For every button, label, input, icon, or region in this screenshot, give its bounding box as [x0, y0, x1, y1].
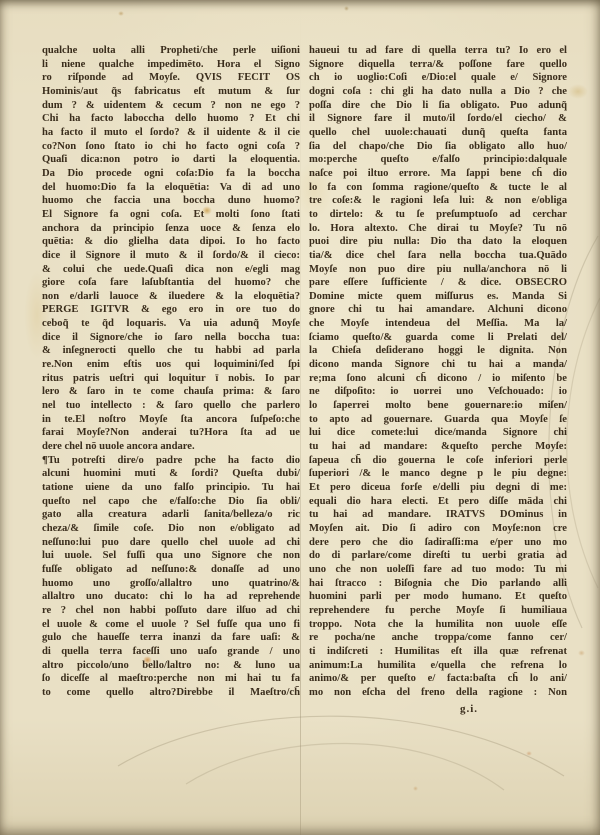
text-line: to dirtelo: & tu ſe preſumptuoſo ad cerc… [309, 208, 567, 222]
text-line: dere chel nō uuole ancora andare. [42, 440, 300, 454]
text-line: Et pero diceua forſe e/delli piu degni d… [309, 481, 567, 495]
text-line: & inſegnerocti quello che tu habbi ad pa… [42, 344, 300, 358]
text-line: farai Moyſe?Non anderai tu?Hora ſta ad u… [42, 426, 300, 440]
text-line: tia/& dice chel ſara nella boccha tua.Qu… [309, 249, 567, 263]
text-line: dice il Signore/che io ſaro nella boccha… [42, 331, 300, 345]
stain-mark [578, 650, 585, 656]
text-line: mo:perche queſto e/falſo principio:dalqu… [309, 153, 567, 167]
text-line: dere pero che dio ſadiraſſi:ma e/per uno… [309, 536, 567, 550]
text-line: PERGE IGITVR & ego ero in ore tuo do [42, 303, 300, 317]
text-line: Moyſen ait. Dio ſi adiro con Moyſe:non c… [309, 522, 567, 536]
text-line: in te.El noſtro Moyſe ſta ancora ſuſpeſo… [42, 413, 300, 427]
text-line: hai ſtracco : Biſognia che Dio parlando … [309, 577, 567, 591]
text-line: co?Non ſono ſtato io chi ho facto ogni c… [42, 140, 300, 154]
two-column-text: qualche uolta alli Propheti/che perle ui… [42, 44, 567, 700]
text-line: reprehendere fu perche Moyſe ſi humiliau… [309, 604, 567, 618]
stain-mark [413, 786, 418, 791]
text-line: naſce poi iltuo errore. Ma ſappi bene ch… [309, 167, 567, 181]
text-line: allaltro uno ducato: chi lo ha ad repreh… [42, 590, 300, 604]
text-line: lui uuole. Sel fuſſi qua uno Signore che… [42, 549, 300, 563]
text-line: dum ? & uidentem & cecum ? non ne ego ? [42, 99, 300, 113]
text-line: ro riſponde ad Moyſe. QVIS FECIT OS [42, 71, 300, 85]
text-line: equali dio hara electi. Et pero diſſe mā… [309, 495, 567, 509]
text-line: ch io uoglio:Coſi e/Dio:el quale e/ Sign… [309, 71, 567, 85]
text-line: tu hai ad mandare: &queſto perche Moyſe: [309, 440, 567, 454]
text-line: re pocha/ne anche troppa/come fanno cer/ [309, 631, 567, 645]
text-line: alcuni huomini muti & ſordi? Queſta dubi… [42, 467, 300, 481]
stain-mark [526, 751, 532, 756]
text-line: do di parlare/come direſti tu uerbi grat… [309, 549, 567, 563]
text-line: animum:La humilita e/quella che refrena … [309, 659, 567, 673]
text-line: ti indiſcreti : Humilitas eſt illa quæ r… [309, 645, 567, 659]
text-line: pare eſſere ſufficiente / & dice. OBSECR… [309, 276, 567, 290]
text-line: nel tuo intellecto : & ſaro quello che p… [42, 399, 300, 413]
text-line: gato alla creatura adarli ſanita/belleza… [42, 508, 300, 522]
text-line: lo. Hora altexto. Che dirai tu Moyſe? Tu… [309, 222, 567, 236]
text-line: lo ſaperrei molto bene gouernare:io miſe… [309, 399, 567, 413]
text-line: dice il Signore il muto & il ſordo/& il … [42, 249, 300, 263]
text-line: Da Dio procede ogni coſa:Dio fa la bocch… [42, 167, 300, 181]
text-line: & colui che uede.Quaſi dica non e/egli m… [42, 263, 300, 277]
text-line: tre coſe:& le ragioni leſa lui: & non e/… [309, 194, 567, 208]
text-line: neſſuno:lui puo dare quello chel uuole a… [42, 536, 300, 550]
text-line: Moyſe non puo dire piu nulla/anchora nō … [309, 263, 567, 277]
text-line: lo fa con ſomma ragione/queſto & tucte l… [309, 181, 567, 195]
text-line: quello chel uuole:chauati dunq̃ queſta f… [309, 126, 567, 140]
text-line: poſſa dire che Dio li ſia obligato. Puo … [309, 99, 567, 113]
text-line: lero & ſaro in te come chauſa prima: & ſ… [42, 385, 300, 399]
text-line: mo non eſcha del freno della ragione : N… [309, 686, 567, 700]
text-line: ritus patris ueſtri qui loquitur ī nobis… [42, 372, 300, 386]
text-line: del huomo:Dio fa la eloquētia: Va di ad … [42, 181, 300, 195]
text-line: di quella terra faceſſi uno uaſo grande … [42, 645, 300, 659]
text-line: cheza/& ſimile coſe. Dio non e/obligato … [42, 522, 300, 536]
text-line: Domine micte quem miſſurus es. Manda Si [309, 290, 567, 304]
text-line: la Chieſa deſiderano hoggi le dignita. N… [309, 344, 567, 358]
text-line: Signore diquella terra/& poſſone fare qu… [309, 58, 567, 72]
text-line: Chi ha facto laboccha dello huomo ? Et c… [42, 112, 300, 126]
text-column-right: haueui tu ad fare di quella terra tu? Io… [309, 44, 567, 700]
text-line: lui dice comete:lui dice/manda Signore c… [309, 426, 567, 440]
book-page: qualche uolta alli Propheti/che perle ui… [0, 0, 600, 835]
text-line: ne diſpoſito: io uorrei uno Veſchouado: … [309, 385, 567, 399]
stain-mark [568, 84, 588, 99]
stain-mark [118, 11, 124, 16]
text-line: Quaſi dica:non potro io darti la eloquen… [42, 153, 300, 167]
text-line: huomo che faccia una boccha duno huomo? [42, 194, 300, 208]
text-line: fuſſe obligato ad neſſuno:& donaſſe ad u… [42, 563, 300, 577]
text-line: re ? chel non habbi poſſuto dare ilſuo a… [42, 604, 300, 618]
text-line: to apto ad gouernare. Guarda qua Moyſe ſ… [309, 413, 567, 427]
stain-mark [344, 6, 349, 11]
text-line: gulo che haueſſe terra inanzi da fare ua… [42, 631, 300, 645]
text-line: ¶Tu potreſti dire/o padre pche ha facto … [42, 454, 300, 468]
text-line: che Moyſe intendeua del Meſſia. Ma la/ [309, 317, 567, 331]
text-line: uno che non uoleſſi fare ad tuo modo: Tu… [309, 563, 567, 577]
text-line: ſuperiori /& le manco degne p le piu deg… [309, 467, 567, 481]
text-line: ha facto il muto el ſordo? & il uidente … [42, 126, 300, 140]
text-line: ſo diceſſe al maeſtro:perche non mi hai … [42, 672, 300, 686]
text-line: El Signore fa ogni coſa. Et molti ſono ſ… [42, 208, 300, 222]
text-line: huomini parli per modo humano. Et queſto [309, 590, 567, 604]
quire-signature: g.i. [460, 703, 478, 715]
text-line: Hominis/aut q̃s fabricatus eſt mutum & ſ… [42, 85, 300, 99]
text-line: quētia: & dio glielha data dipoi. Io ho … [42, 235, 300, 249]
text-column-left: qualche uolta alli Propheti/che perle ui… [42, 44, 300, 700]
text-line: animo/& per queſto e/ facta:baſta ch̄ lo… [309, 672, 567, 686]
text-line: altro piccolo/uno bello/laltro no: & lun… [42, 659, 300, 673]
text-line: queſto nel capo che e/falſo:che Dio ſia … [42, 495, 300, 509]
text-line: qualche uolta alli Propheti/che perle ui… [42, 44, 300, 58]
text-line: puoi dire piu nulla: Dio tha dato la elo… [309, 235, 567, 249]
text-line: tu hai ad mandare. IRATVS DOminus in [309, 508, 567, 522]
text-line: gnore chi tu hai amandare. Alchuni dicon… [309, 303, 567, 317]
text-line: li niene qualche impedimēto. Hora el Sig… [42, 58, 300, 72]
text-line: tatione uiene da uno falſo principio. Tu… [42, 481, 300, 495]
text-line: ſia del chapo/che Dio ſia obligato allo … [309, 140, 567, 154]
text-line: dogni coſa : chi gli ha dato nulla a Dio… [309, 85, 567, 99]
text-line: anchora da principio ſenza uoce & ſenza … [42, 222, 300, 236]
text-line: giore coſa fare laſubſtantia del huomo? … [42, 276, 300, 290]
text-line: re;ma ſono alcuni ch̄ dicono / io miſent… [309, 372, 567, 386]
text-line: re.Non enim eſtis uos qui loquimini/ſed … [42, 358, 300, 372]
text-line: haueui tu ad fare di quella terra tu? Io… [309, 44, 567, 58]
text-line: ſapeua ch̄ dio gouerna le coſe inferiori… [309, 454, 567, 468]
text-line: il Signore fare il muto/il ſordo/el ciec… [309, 112, 567, 126]
text-line: dicono manda Signore chi tu hai a manda/ [309, 358, 567, 372]
text-line: ceboq̃ te q̃d loquaris. Va uia adunq̃ Mo… [42, 317, 300, 331]
text-line: troppo. Nota che la humilita non uuole e… [309, 618, 567, 632]
text-line: non e/darli lauoce & iluedere & la eloqu… [42, 290, 300, 304]
text-line: huomo uno groſſo/allaltro uno quatrino/& [42, 577, 300, 591]
text-line: el uuole & come el uuole ? Sel fuſſe qua… [42, 618, 300, 632]
text-line: to come quello altro?Direbbe il Maeſtro/… [42, 686, 300, 700]
text-line: ſciamo queſto/& guarda come li Prelati d… [309, 331, 567, 345]
